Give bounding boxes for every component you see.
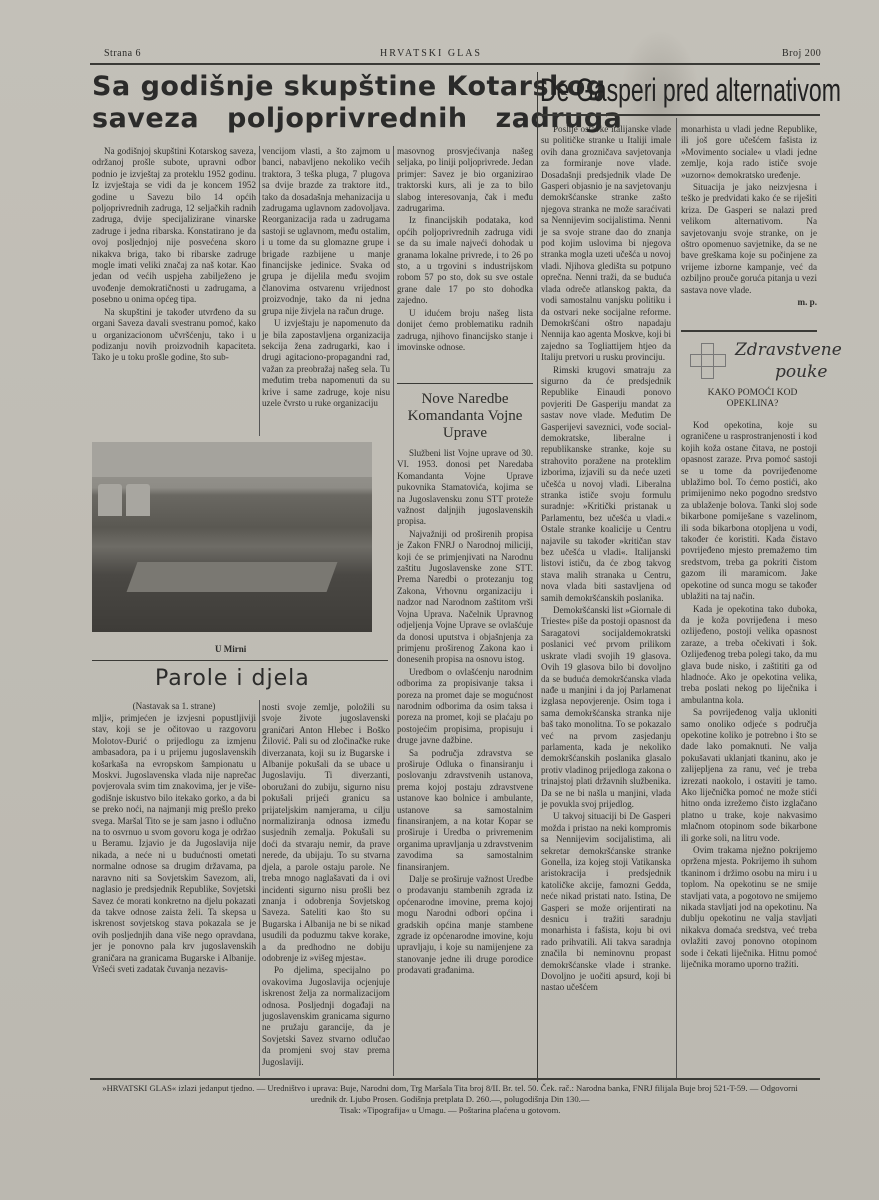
page-number: Strana 6	[104, 48, 141, 59]
paragraph: Rimski krugovi smatraju za sigurno da će…	[541, 365, 671, 605]
paragraph: Uredbom o ovlašćenju narodnim odborima z…	[397, 667, 533, 747]
gasperi-column-2: monarhista u vladi jedne Republike, ili …	[681, 124, 817, 309]
paragraph: U idućem broju našeg lista donijet ćemo …	[397, 308, 533, 354]
imprint: »HRVATSKI GLAS« izlazi jedanput tjedno. …	[90, 1083, 810, 1116]
header-rule	[90, 63, 820, 65]
paragraph: Najvažniji od proširenih propisa je Zako…	[397, 529, 533, 666]
section-rule	[397, 383, 533, 384]
paragraph: masovnog prosvjećivanja našeg seljaka, p…	[397, 146, 533, 214]
column-divider	[259, 146, 260, 436]
paragraph: vencijom vlasti, a što zajmom u banci, n…	[262, 146, 390, 317]
paragraph: Ovim trakama nježno pokrijemo opržena mj…	[681, 845, 817, 970]
paragraph: Poslije ostavke italijanske vlade su pol…	[541, 124, 671, 364]
paragraph: Službeni list Vojne uprave od 30. VI. 19…	[397, 448, 533, 528]
paragraph: Na godišnjoj skupštini Kotarskog saveza,…	[92, 146, 256, 306]
health-title-1: Zdravstvene	[735, 340, 842, 360]
masthead: HRVATSKI GLAS	[380, 48, 482, 59]
parole-column-1: mlji«, primjećen je izvjesni popustljivi…	[92, 713, 256, 975]
author-signature: m. p.	[681, 297, 817, 308]
footer-rule	[90, 1078, 820, 1080]
red-cross-icon	[690, 343, 724, 377]
paragraph: Kod opekotina, koje su ograničene u rasp…	[681, 420, 817, 603]
kotarski-column-3: masovnog prosvjećivanja našeg seljaka, p…	[397, 146, 533, 353]
column-divider	[393, 146, 394, 1076]
naredbe-column: Službeni list Vojne uprave od 30. VI. 19…	[397, 448, 533, 977]
health-subtitle: KAKO POMOĆI KOD OPEKLINA?	[690, 388, 815, 411]
continued-note: (Nastavak sa 1. strane)	[92, 701, 256, 712]
column-divider	[676, 118, 677, 1078]
headline-naredbe: Nove Naredbe Komandanta Vojne Uprave	[397, 391, 533, 442]
paragraph: Demokršćanski list »Giornale di Trieste«…	[541, 605, 671, 810]
paragraph: U izvještaju je napomenuto da je bila za…	[262, 318, 390, 409]
paragraph: Sa područja zdravstva se proširuje Odluk…	[397, 748, 533, 873]
paragraph: U takvoj situaciji bi De Gasperi možda i…	[541, 811, 671, 994]
newspaper-page: Strana 6 HRVATSKI GLAS Broj 200 Sa godiš…	[0, 0, 879, 1200]
section-rule	[92, 660, 388, 661]
imprint-line-1: »HRVATSKI GLAS« izlazi jedanput tjedno. …	[90, 1083, 810, 1105]
paragraph: Sa povrijeđenog valja ukloniti samo onol…	[681, 707, 817, 844]
paragraph: Po djelima, specijalno po ovakovima Jugo…	[262, 965, 390, 1068]
headline-kotarski-1: Sa godišnje skupštine Kotarskog	[92, 72, 606, 102]
gasperi-column-1: Poslije ostavke italijanske vlade su pol…	[541, 124, 671, 994]
paragraph: nosti svoje zemlje, položili su svoje ži…	[262, 702, 390, 964]
column-divider-main	[537, 72, 538, 1082]
paragraph: mlji«, primjećen je izvjesni popustljivi…	[92, 713, 256, 975]
paragraph: Dalje se proširuje važnost Uredbe o prod…	[397, 874, 533, 977]
health-column: Kod opekotina, koje su ograničene u rasp…	[681, 420, 817, 971]
gasperi-rule	[540, 114, 820, 116]
column-divider	[259, 700, 260, 1076]
paragraph: Na skupštini je također utvrđeno da su o…	[92, 307, 256, 364]
kotarski-column-2: vencijom vlasti, a što zajmom u banci, n…	[262, 146, 390, 409]
imprint-line-2: Tisak: »Tipografija« u Umagu. — Poštarin…	[90, 1105, 810, 1116]
paragraph: Situacija je jako neizvjesna i teško je …	[681, 182, 817, 296]
headline-gasperi: De Gasperi pred alternativom	[540, 72, 841, 108]
section-rule	[681, 330, 817, 332]
issue-number: Broj 200	[782, 48, 821, 59]
parole-column-2: nosti svoje zemlje, položili su svoje ži…	[262, 702, 390, 1068]
paragraph: monarhista u vladi jedne Republike, ili …	[681, 124, 817, 181]
photo-caption: U Mirni	[215, 644, 246, 654]
kotarski-column-1: Na godišnjoj skupštini Kotarskog saveza,…	[92, 146, 256, 364]
paragraph: Kada je opekotina tako duboka, da je kož…	[681, 604, 817, 707]
headline-parole: Parole i djela	[155, 666, 310, 691]
paragraph: Iz financijskih podataka, kod općih polj…	[397, 215, 533, 306]
photo-mirna	[92, 442, 372, 632]
health-title-2: pouke	[775, 362, 827, 382]
